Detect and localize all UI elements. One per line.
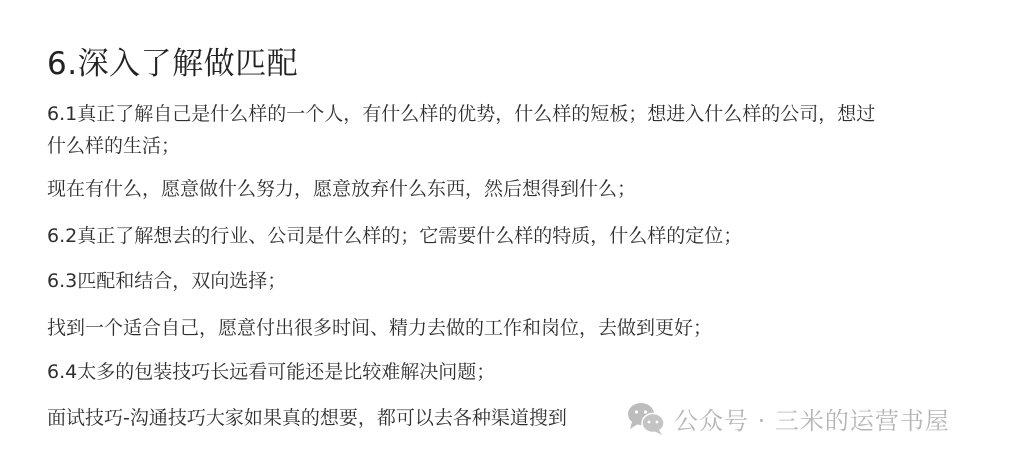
wechat-watermark: 公众号 · 三米的运营书屋	[626, 400, 950, 436]
paragraph-6-3: 6.3匹配和结合，双向选择；	[47, 265, 286, 297]
paragraph-find-job: 找到一个适合自己，愿意付出很多时间、精力去做的工作和岗位，去做到更好；	[47, 312, 712, 344]
paragraph-current-state: 现在有什么，愿意做什么努力，愿意放弃什么东西，然后想得到什么；	[47, 173, 636, 205]
paragraph-6-1: 6.1真正了解自己是什么样的一个人，有什么样的优势，什么样的短板；想进入什么样的…	[47, 98, 877, 162]
paragraph-6-2: 6.2真正了解想去的行业、公司是什么样的；它需要什么样的特质，什么样的定位；	[47, 220, 742, 252]
section-heading: 6.深入了解做匹配	[47, 44, 298, 84]
watermark-text: 公众号 · 三米的运营书屋	[674, 401, 950, 436]
paragraph-interview-tips: 面试技巧-沟通技巧大家如果真的想要，都可以去各种渠道搜到	[47, 402, 567, 434]
paragraph-6-4: 6.4太多的包装技巧长远看可能还是比较难解决问题；	[47, 356, 495, 388]
wechat-icon	[626, 400, 666, 436]
